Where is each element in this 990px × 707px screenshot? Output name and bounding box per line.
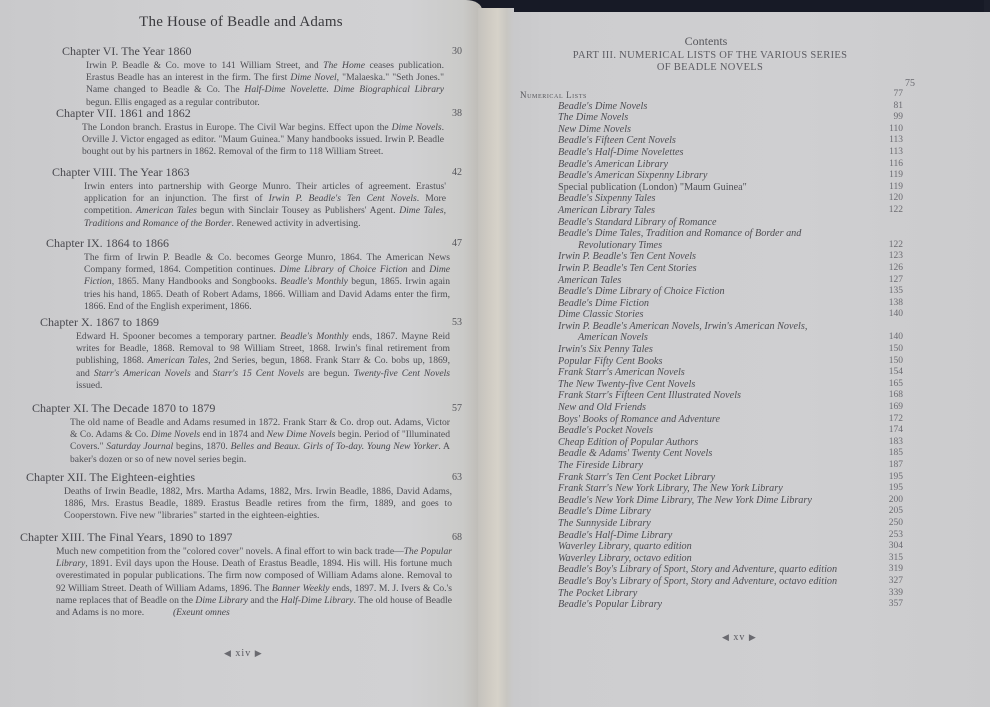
toc-entry-page: 174 [558,425,903,437]
toc-entry: The Dime Novels99 [558,112,903,124]
toc-entries: 77Beadle's Dime Novels81The Dime Novels9… [558,89,903,611]
chapter-summary: Much new competition from the "colored c… [56,546,452,619]
toc-entry-page: 150 [558,344,903,356]
toc-entry: Beadle & Adams' Twenty Cent Novels185 [558,448,903,460]
toc-entry: The Fireside Library187 [558,460,903,472]
toc-entry: American Tales127 [558,275,903,287]
chapter-entry: Chapter IX. 1864 to 186647The firm of Ir… [46,236,450,313]
toc-entry-page: 126 [558,263,903,275]
right-folio: ◀ xv ▶ [722,632,757,643]
toc-entry: Beadle's Dime Library of Choice Fiction1… [558,286,903,298]
chapter-title: Chapter VII. 1861 and 1862 [56,106,444,121]
toc-entry: Beadle's Popular Library357 [558,599,903,611]
chapter-page-number: 47 [452,238,462,249]
toc-entry-page: 183 [558,437,903,449]
toc-entry-page: 205 [558,506,903,518]
toc-entry-page: 140 [558,309,903,321]
chapter-summary: Irwin enters into partnership with Georg… [84,181,446,230]
chapter-summary: The London branch. Erastus in Europe. Th… [82,122,444,159]
ornament-left-icon: ◀ [722,632,730,642]
toc-entry: Irwin P. Beadle's Ten Cent Stories126 [558,263,903,275]
toc-entry: Beadle's Half-Dime Novelettes113 [558,147,903,159]
toc-entry-page: 195 [558,483,903,495]
toc-entry: Waverley Library, octavo edition315 [558,553,903,565]
chapter-summary: Irwin P. Beadle & Co. move to 141 Willia… [86,60,444,109]
toc-entry-page: 319 [558,564,903,576]
toc-entry-page: 119 [558,182,903,194]
toc-entry-page: 122 [558,240,903,252]
toc-entry: Beadle's Standard Library of Romance [558,217,903,229]
chapter-page-number: 38 [452,108,462,119]
toc-entry-page: 165 [558,379,903,391]
toc-entry-page: 81 [558,101,903,113]
toc-entry-title: Irwin P. Beadle's American Novels, Irwin… [558,321,807,332]
part-heading-line-1: PART III. NUMERICAL LISTS OF THE VARIOUS… [560,50,860,62]
toc-entry-page: 123 [558,251,903,263]
chapter-title: Chapter IX. 1864 to 1866 [46,236,450,251]
toc-entry: Beadle's Dime Tales, Tradition and Roman… [558,228,903,251]
chapter-title: Chapter X. 1867 to 1869 [40,315,450,330]
toc-entry-page: 113 [558,135,903,147]
chapter-page-number: 57 [452,403,462,414]
toc-entry: Frank Starr's New York Library, The New … [558,483,903,495]
folio-number: xiv [235,648,251,659]
toc-entry-page: 119 [558,170,903,182]
toc-entry-page: 327 [558,576,903,588]
background-dark-top [470,0,990,12]
chapter-title: Chapter XII. The Eighteen-eighties [26,470,452,485]
toc-entry-page: 304 [558,541,903,553]
toc-entry-page: 140 [558,332,903,344]
toc-entry-page: 172 [558,414,903,426]
toc-entry-page: 200 [558,495,903,507]
chapter-title: Chapter VIII. The Year 1863 [52,165,446,180]
ornament-right-icon: ▶ [749,632,757,642]
chapter-title: Chapter XI. The Decade 1870 to 1879 [32,401,450,416]
chapter-title: Chapter XIII. The Final Years, 1890 to 1… [20,530,452,545]
chapter-summary: The old name of Beadle and Adams resumed… [70,417,450,466]
toc-entry-page: 150 [558,356,903,368]
toc-entry-page: 250 [558,518,903,530]
toc-entry-page: 138 [558,298,903,310]
toc-entry-page: 120 [558,193,903,205]
toc-entry: New Dime Novels110 [558,124,903,136]
toc-entry-page: 253 [558,530,903,542]
chapter-page-number: 63 [452,472,462,483]
toc-entry: Waverley Library, quarto edition304 [558,541,903,553]
chapter-entry: Chapter XIII. The Final Years, 1890 to 1… [20,530,452,619]
contents-header: Contents [506,34,906,49]
chapter-summary: Edward H. Spooner becomes a temporary pa… [76,331,450,392]
toc-entry: Beadle's Pocket Novels174 [558,425,903,437]
part-page-number: 75 [905,78,915,89]
toc-entry: Beadle's Dime Fiction138 [558,298,903,310]
chapter-summary: Deaths of Irwin Beadle, 1882, Mrs. Marth… [64,486,452,523]
running-head: The House of Beadle and Adams [0,14,482,31]
toc-entry: The New Twenty-five Cent Novels165 [558,379,903,391]
toc-entry-page: 357 [558,599,903,611]
toc-entry: 77 [558,89,903,101]
toc-entry: Beadle's Fifteen Cent Novels113 [558,135,903,147]
book-gutter [478,8,514,707]
chapter-page-number: 68 [452,532,462,543]
toc-entry: Beadle's Half-Dime Library253 [558,530,903,542]
toc-entry-page: 116 [558,159,903,171]
toc-entry: The Pocket Library339 [558,588,903,600]
chapter-entry: Chapter XII. The Eighteen-eighties63Deat… [26,470,452,523]
toc-entry: Irwin's Six Penny Tales150 [558,344,903,356]
toc-entry: Irwin P. Beadle's American Novels, Irwin… [558,321,903,344]
toc-entry: Frank Starr's American Novels154 [558,367,903,379]
toc-entry: Frank Starr's Fifteen Cent Illustrated N… [558,390,903,402]
toc-entry: Dime Classic Stories140 [558,309,903,321]
toc-entry-page: 339 [558,588,903,600]
ornament-right-icon: ▶ [255,648,263,658]
toc-entry: Irwin P. Beadle's Ten Cent Novels123 [558,251,903,263]
toc-entry: The Sunnyside Library250 [558,518,903,530]
toc-entry-page: 187 [558,460,903,472]
chapter-page-number: 42 [452,167,462,178]
toc-entry-title: Beadle's Dime Tales, Tradition and Roman… [558,228,801,239]
toc-entry: Boys' Books of Romance and Adventure172 [558,414,903,426]
chapter-page-number: 30 [452,46,462,57]
toc-entry: Beadle's Dime Library205 [558,506,903,518]
toc-entry: American Library Tales122 [558,205,903,217]
toc-entry-page: 154 [558,367,903,379]
toc-entry: Beadle's Boy's Library of Sport, Story a… [558,564,903,576]
chapter-entry: Chapter XI. The Decade 1870 to 187957The… [32,401,450,466]
toc-entry: New and Old Friends169 [558,402,903,414]
chapter-summary: The firm of Irwin P. Beadle & Co. become… [84,252,450,313]
chapter-entry: Chapter VII. 1861 and 186238The London b… [56,106,444,159]
folio-number: xv [733,632,745,643]
toc-entry-page: 315 [558,553,903,565]
toc-entry: Beadle's Boy's Library of Sport, Story a… [558,576,903,588]
toc-entry: Popular Fifty Cent Books150 [558,356,903,368]
chapter-entry: Chapter VIII. The Year 186342Irwin enter… [52,165,446,230]
toc-entry: Beadle's Dime Novels81 [558,101,903,113]
toc-entry-page: 169 [558,402,903,414]
toc-entry-page: 135 [558,286,903,298]
chapter-title: Chapter VI. The Year 1860 [62,44,444,59]
toc-entry-page: 127 [558,275,903,287]
toc-entry-page: 110 [558,124,903,136]
chapter-entry: Chapter VI. The Year 186030Irwin P. Bead… [62,44,444,109]
chapter-page-number: 53 [452,317,462,328]
toc-entry-page: 168 [558,390,903,402]
left-folio: ◀ xiv ▶ [224,648,263,659]
toc-entry-page: 122 [558,205,903,217]
toc-entry-page: 99 [558,112,903,124]
toc-entry: Beadle's American Sixpenny Library119 [558,170,903,182]
toc-entry-page: 113 [558,147,903,159]
toc-entry: Frank Starr's Ten Cent Pocket Library195 [558,472,903,484]
toc-entry-page: 195 [558,472,903,484]
chapter-entry: Chapter X. 1867 to 186953Edward H. Spoon… [40,315,450,392]
toc-entry: Special publication (London) "Maum Guine… [558,182,903,194]
toc-entry: Beadle's American Library116 [558,159,903,171]
toc-entry: Cheap Edition of Popular Authors183 [558,437,903,449]
toc-entry-title: Beadle's Standard Library of Romance [558,217,717,228]
toc-entry: Beadle's New York Dime Library, The New … [558,495,903,507]
toc-entry-page: 185 [558,448,903,460]
open-book-spread: The House of Beadle and Adams Chapter VI… [0,0,990,707]
part-heading: PART III. NUMERICAL LISTS OF THE VARIOUS… [560,50,860,74]
ornament-left-icon: ◀ [224,648,232,658]
toc-entry-page: 77 [558,89,903,101]
toc-entry: Beadle's Sixpenny Tales120 [558,193,903,205]
part-heading-line-2: OF BEADLE NOVELS [560,62,860,74]
